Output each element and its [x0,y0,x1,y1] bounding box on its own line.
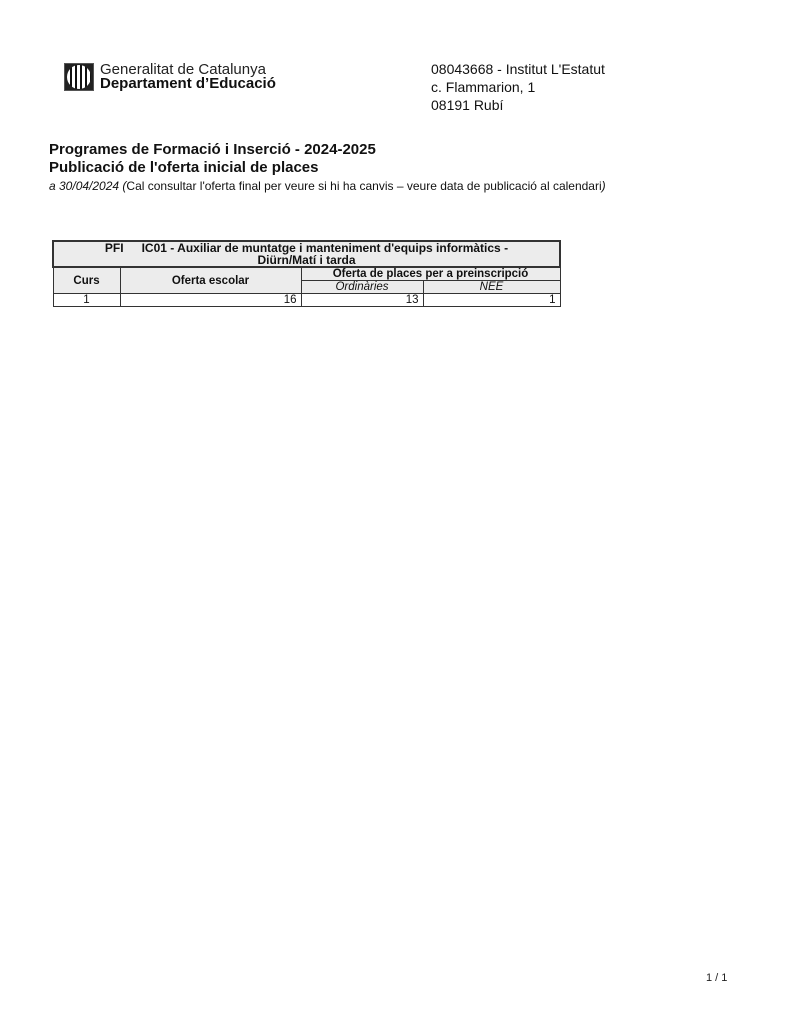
page-number: 1 / 1 [706,972,727,984]
publication-note: a 30/04/2024 (Cal consultar l'oferta fin… [49,178,606,194]
generalitat-logo: Generalitat de Catalunya Departament d’E… [64,63,276,91]
document-title: Programes de Formació i Inserció - 2024-… [49,141,606,159]
logo-line-2: Departament d’Educació [100,77,276,91]
document-subtitle: Publicació de l'oferta inicial de places [49,159,606,177]
table-row: 1 16 13 1 [53,294,560,307]
cell-ordinaries: 13 [301,294,423,307]
col-oferta-places: Oferta de places per a preinscripció [301,267,560,281]
col-curs: Curs [53,267,120,294]
col-oferta-escolar: Oferta escolar [120,267,301,294]
program-header: PFIIC01 - Auxiliar de muntatge i manteni… [53,241,560,267]
note-text: Cal consultar l'oferta final per veure s… [126,179,601,193]
school-name: 08043668 - Institut L'Estatut [431,60,605,78]
offer-table: PFIIC01 - Auxiliar de muntatge i manteni… [52,240,561,307]
program-schedule: Diürn/Matí i tarda [257,253,355,267]
document-titles: Programes de Formació i Inserció - 2024-… [49,141,606,194]
program-type: PFI [105,241,124,255]
generalitat-emblem-icon [64,63,94,91]
publication-date: a 30/04/2024 [49,179,119,193]
col-nee: NEE [423,281,560,294]
school-city: 08191 Rubí [431,96,605,114]
school-street: c. Flammarion, 1 [431,78,605,96]
cell-curs: 1 [53,294,120,307]
school-address: 08043668 - Institut L'Estatut c. Flammar… [431,60,605,114]
cell-oferta-escolar: 16 [120,294,301,307]
col-ordinaries: Ordinàries [301,281,423,294]
cell-nee: 1 [423,294,560,307]
